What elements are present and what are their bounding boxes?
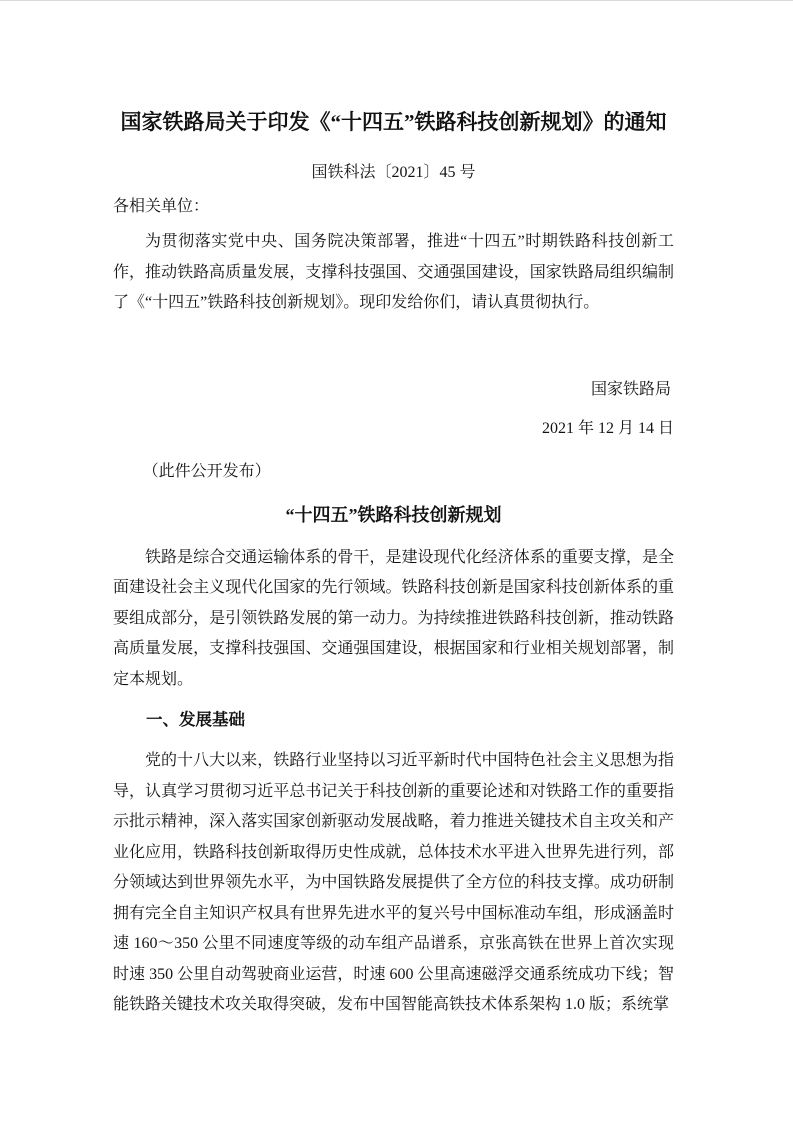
section-1-heading: 一、发展基础 — [113, 708, 674, 732]
notice-release-note: （此件公开发布） — [113, 461, 674, 483]
notice-doc-number: 国铁科法〔2021〕45 号 — [113, 162, 674, 183]
notice-signer: 国家铁路局 — [113, 379, 674, 401]
notice-title: 国家铁路局关于印发《“十四五”铁路科技创新规划》的通知 — [113, 109, 674, 136]
notice-body-paragraph: 为贯彻落实党中央、国务院决策部署，推进“十四五”时期铁路科技创新工作，推动铁路高… — [113, 227, 674, 319]
notice-salutation: 各相关单位： — [113, 196, 674, 217]
section-1-paragraph: 党的十八大以来，铁路行业坚持以习近平新时代中国特色社会主义思想为指导，认真学习贯… — [113, 746, 674, 1021]
plan-title: “十四五”铁路科技创新规划 — [113, 503, 674, 527]
notice-date: 2021 年 12 月 14 日 — [113, 418, 674, 440]
plan-intro-paragraph: 铁路是综合交通运输体系的骨干，是建设现代化经济体系的重要支撑，是全面建设社会主义… — [113, 543, 674, 696]
document-page: 国家铁路局关于印发《“十四五”铁路科技创新规划》的通知 国铁科法〔2021〕45… — [0, 0, 793, 1122]
